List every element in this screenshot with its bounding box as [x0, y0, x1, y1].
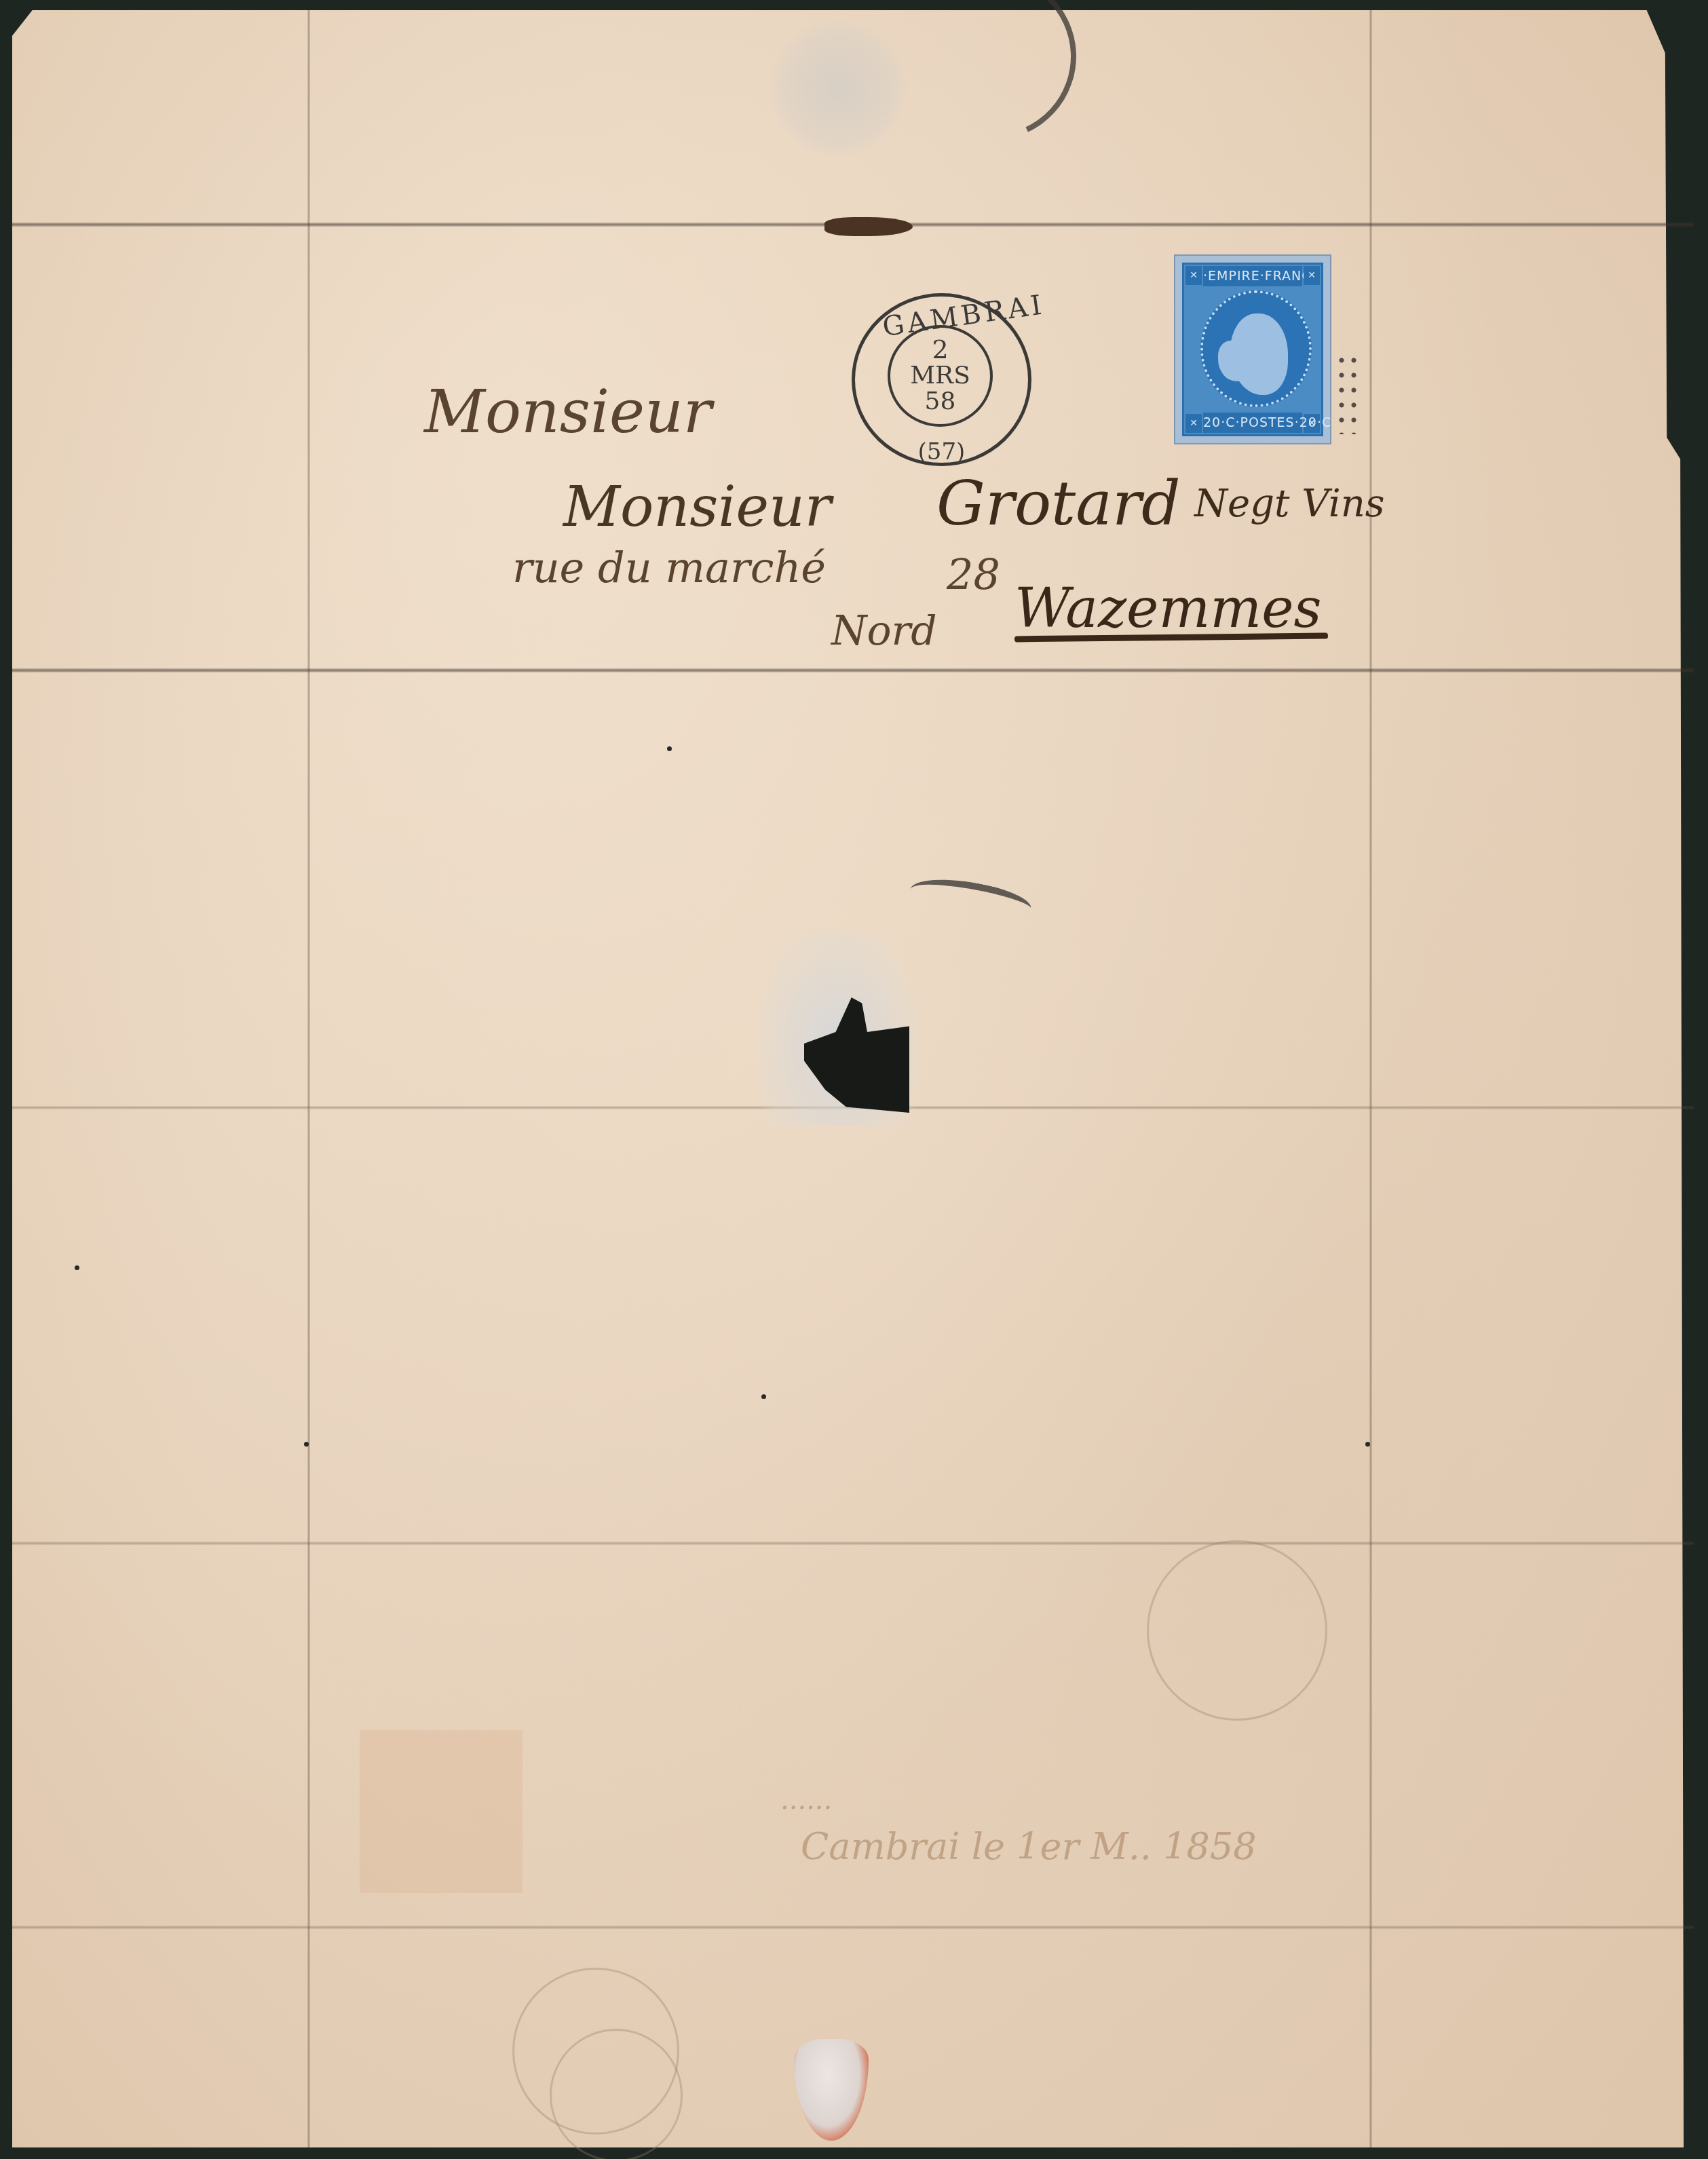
fold-line-vertical-left [307, 10, 310, 2147]
street-number: 28 [947, 550, 1000, 599]
stray-dot [667, 746, 672, 751]
postmark-year: 58 [890, 387, 990, 415]
postmark-inner-ring: 2 MRS 58 [888, 325, 993, 427]
portrait-profile-icon [1200, 290, 1312, 407]
stray-dot [1365, 1442, 1370, 1447]
stamp-corner-icon: ✕ [1185, 266, 1202, 285]
faded-postmark-bottom [550, 2029, 683, 2159]
fold-line-lower [12, 1542, 1694, 1545]
stamp-corner-icon: ✕ [1304, 266, 1320, 285]
stamp-corner-icon: ✕ [1185, 414, 1202, 433]
postmark-day: 2 [890, 335, 990, 364]
stamp-top-label: ·EMPIRE·FRANC· [1203, 266, 1302, 286]
street-name: rue du marché [512, 543, 826, 592]
postmark-department: (57) [855, 438, 1028, 465]
stamp-face-shape [1218, 341, 1252, 381]
seal-residue-mark [770, 20, 906, 156]
stray-dot [304, 1442, 309, 1447]
stamp-frame: ·EMPIRE·FRANC· ✕ ✕ ✕ ✕ 20·C·POSTES·20·C [1182, 263, 1323, 436]
faded-square-mark [360, 1730, 523, 1893]
stray-dot [761, 1394, 766, 1399]
faint-mark: ...... [780, 1784, 832, 1816]
faint-dateline: Cambrai le 1er M.. 1858 [801, 1825, 1257, 1868]
stray-dot [75, 1265, 79, 1270]
destination-city: Wazemmes [1014, 577, 1322, 640]
fold-line-bottom [12, 1926, 1694, 1929]
destination-department: Nord [831, 607, 937, 655]
fold-line-address-bottom [12, 668, 1694, 672]
faded-postmark-right [1147, 1540, 1327, 1721]
postmark-month: MRS [890, 362, 990, 389]
recipient-prefix: Monsieur [563, 475, 831, 539]
dotted-cancellation [1335, 353, 1363, 434]
recipient-surname: Grotard [936, 468, 1181, 539]
cambrai-postmark: GAMBRAI 2 MRS 58 (57) [852, 293, 1031, 466]
salutation: Monsieur [424, 377, 712, 446]
fold-line-vertical-right [1369, 10, 1372, 2147]
stamp-bottom-label: 20·C·POSTES·20·C [1203, 413, 1302, 433]
recipient-title: Neg‍t Vins [1194, 482, 1384, 526]
postage-stamp: ·EMPIRE·FRANC· ✕ ✕ ✕ ✕ 20·C·POSTES·20·C [1174, 254, 1331, 444]
